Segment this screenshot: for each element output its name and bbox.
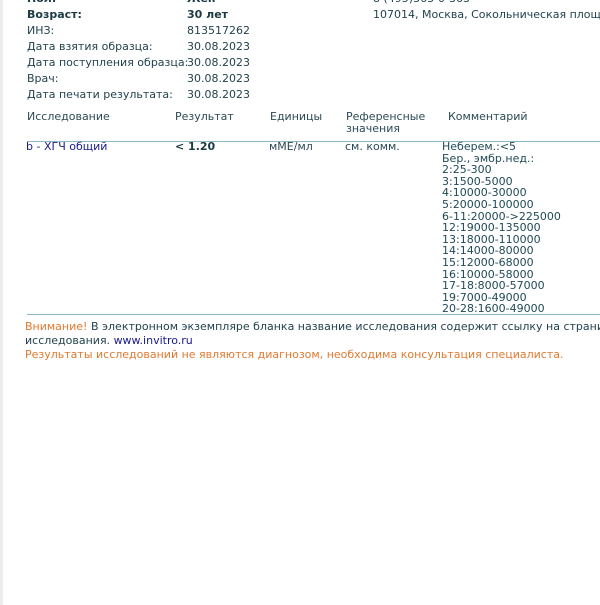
attention-note-line2: исследования. www.invitro.ru <box>25 334 600 348</box>
sample-taken-value: 30.08.2023 <box>187 39 250 55</box>
comment-line: Неберем.:<5 <box>442 141 561 153</box>
patient-sex-label: Пол: <box>27 0 187 7</box>
attention-text: В электронном экземпляре бланка название… <box>87 320 600 333</box>
header-reference: Референсные значения <box>346 111 425 135</box>
attention-label: Внимание! <box>25 320 87 333</box>
results-table-header: Исследование Результат Единицы Референсн… <box>27 111 600 141</box>
test-name-link[interactable]: b - ХГЧ общий <box>26 141 107 153</box>
header-test: Исследование <box>27 111 110 123</box>
test-units: мМЕ/мл <box>269 141 313 153</box>
print-date-value: 30.08.2023 <box>187 87 250 103</box>
test-result: < 1.20 <box>175 141 215 153</box>
comment-line: 12:19000-135000 <box>442 222 561 234</box>
disclaimer: Результаты исследований не являются диаг… <box>25 348 600 362</box>
patient-age-value: 30 лет <box>187 7 228 23</box>
attention-text-2: исследования. <box>25 334 114 347</box>
sample-received-label: Дата поступления образца: <box>27 55 187 71</box>
doctor-label: Врач: <box>27 71 187 87</box>
lab-result-document: Пол: Жен Возраст: 30 лет ИНЗ: 813517262 … <box>0 0 600 605</box>
notes: Внимание! В электронном экземпляре бланк… <box>25 320 600 362</box>
test-reference: см. комм. <box>345 141 400 153</box>
lab-contact: 8 (495)363-0-363 107014, Москва, Сокольн… <box>373 0 600 23</box>
attention-note: Внимание! В электронном экземпляре бланк… <box>25 320 600 334</box>
test-comment: Неберем.:<5Бер., эмбр.нед.:2:25-3003:150… <box>442 141 561 315</box>
header-comment: Комментарий <box>448 111 528 123</box>
comment-line: 5:20000-100000 <box>442 199 561 211</box>
inz-value: 813517262 <box>187 23 250 39</box>
sample-received-value: 30.08.2023 <box>187 55 250 71</box>
header-result: Результат <box>175 111 234 123</box>
lab-address: 107014, Москва, Сокольническая площадь, <box>373 7 600 23</box>
lab-phone: 8 (495)363-0-363 <box>373 0 600 7</box>
comment-line: 15:12000-68000 <box>442 257 561 269</box>
inz-label: ИНЗ: <box>27 23 187 39</box>
header-units: Единицы <box>270 111 322 123</box>
comment-line: 17-18:8000-57000 <box>442 280 561 292</box>
print-date-label: Дата печати результата: <box>27 87 187 103</box>
header-reference-line2: значения <box>346 123 425 135</box>
table-bottom-divider <box>27 314 600 315</box>
doctor-value: 30.08.2023 <box>187 71 250 87</box>
patient-age-label: Возраст: <box>27 7 187 23</box>
invitro-link[interactable]: www.invitro.ru <box>114 334 193 347</box>
patient-sex-value: Жен <box>187 0 216 7</box>
sample-taken-label: Дата взятия образца: <box>27 39 187 55</box>
